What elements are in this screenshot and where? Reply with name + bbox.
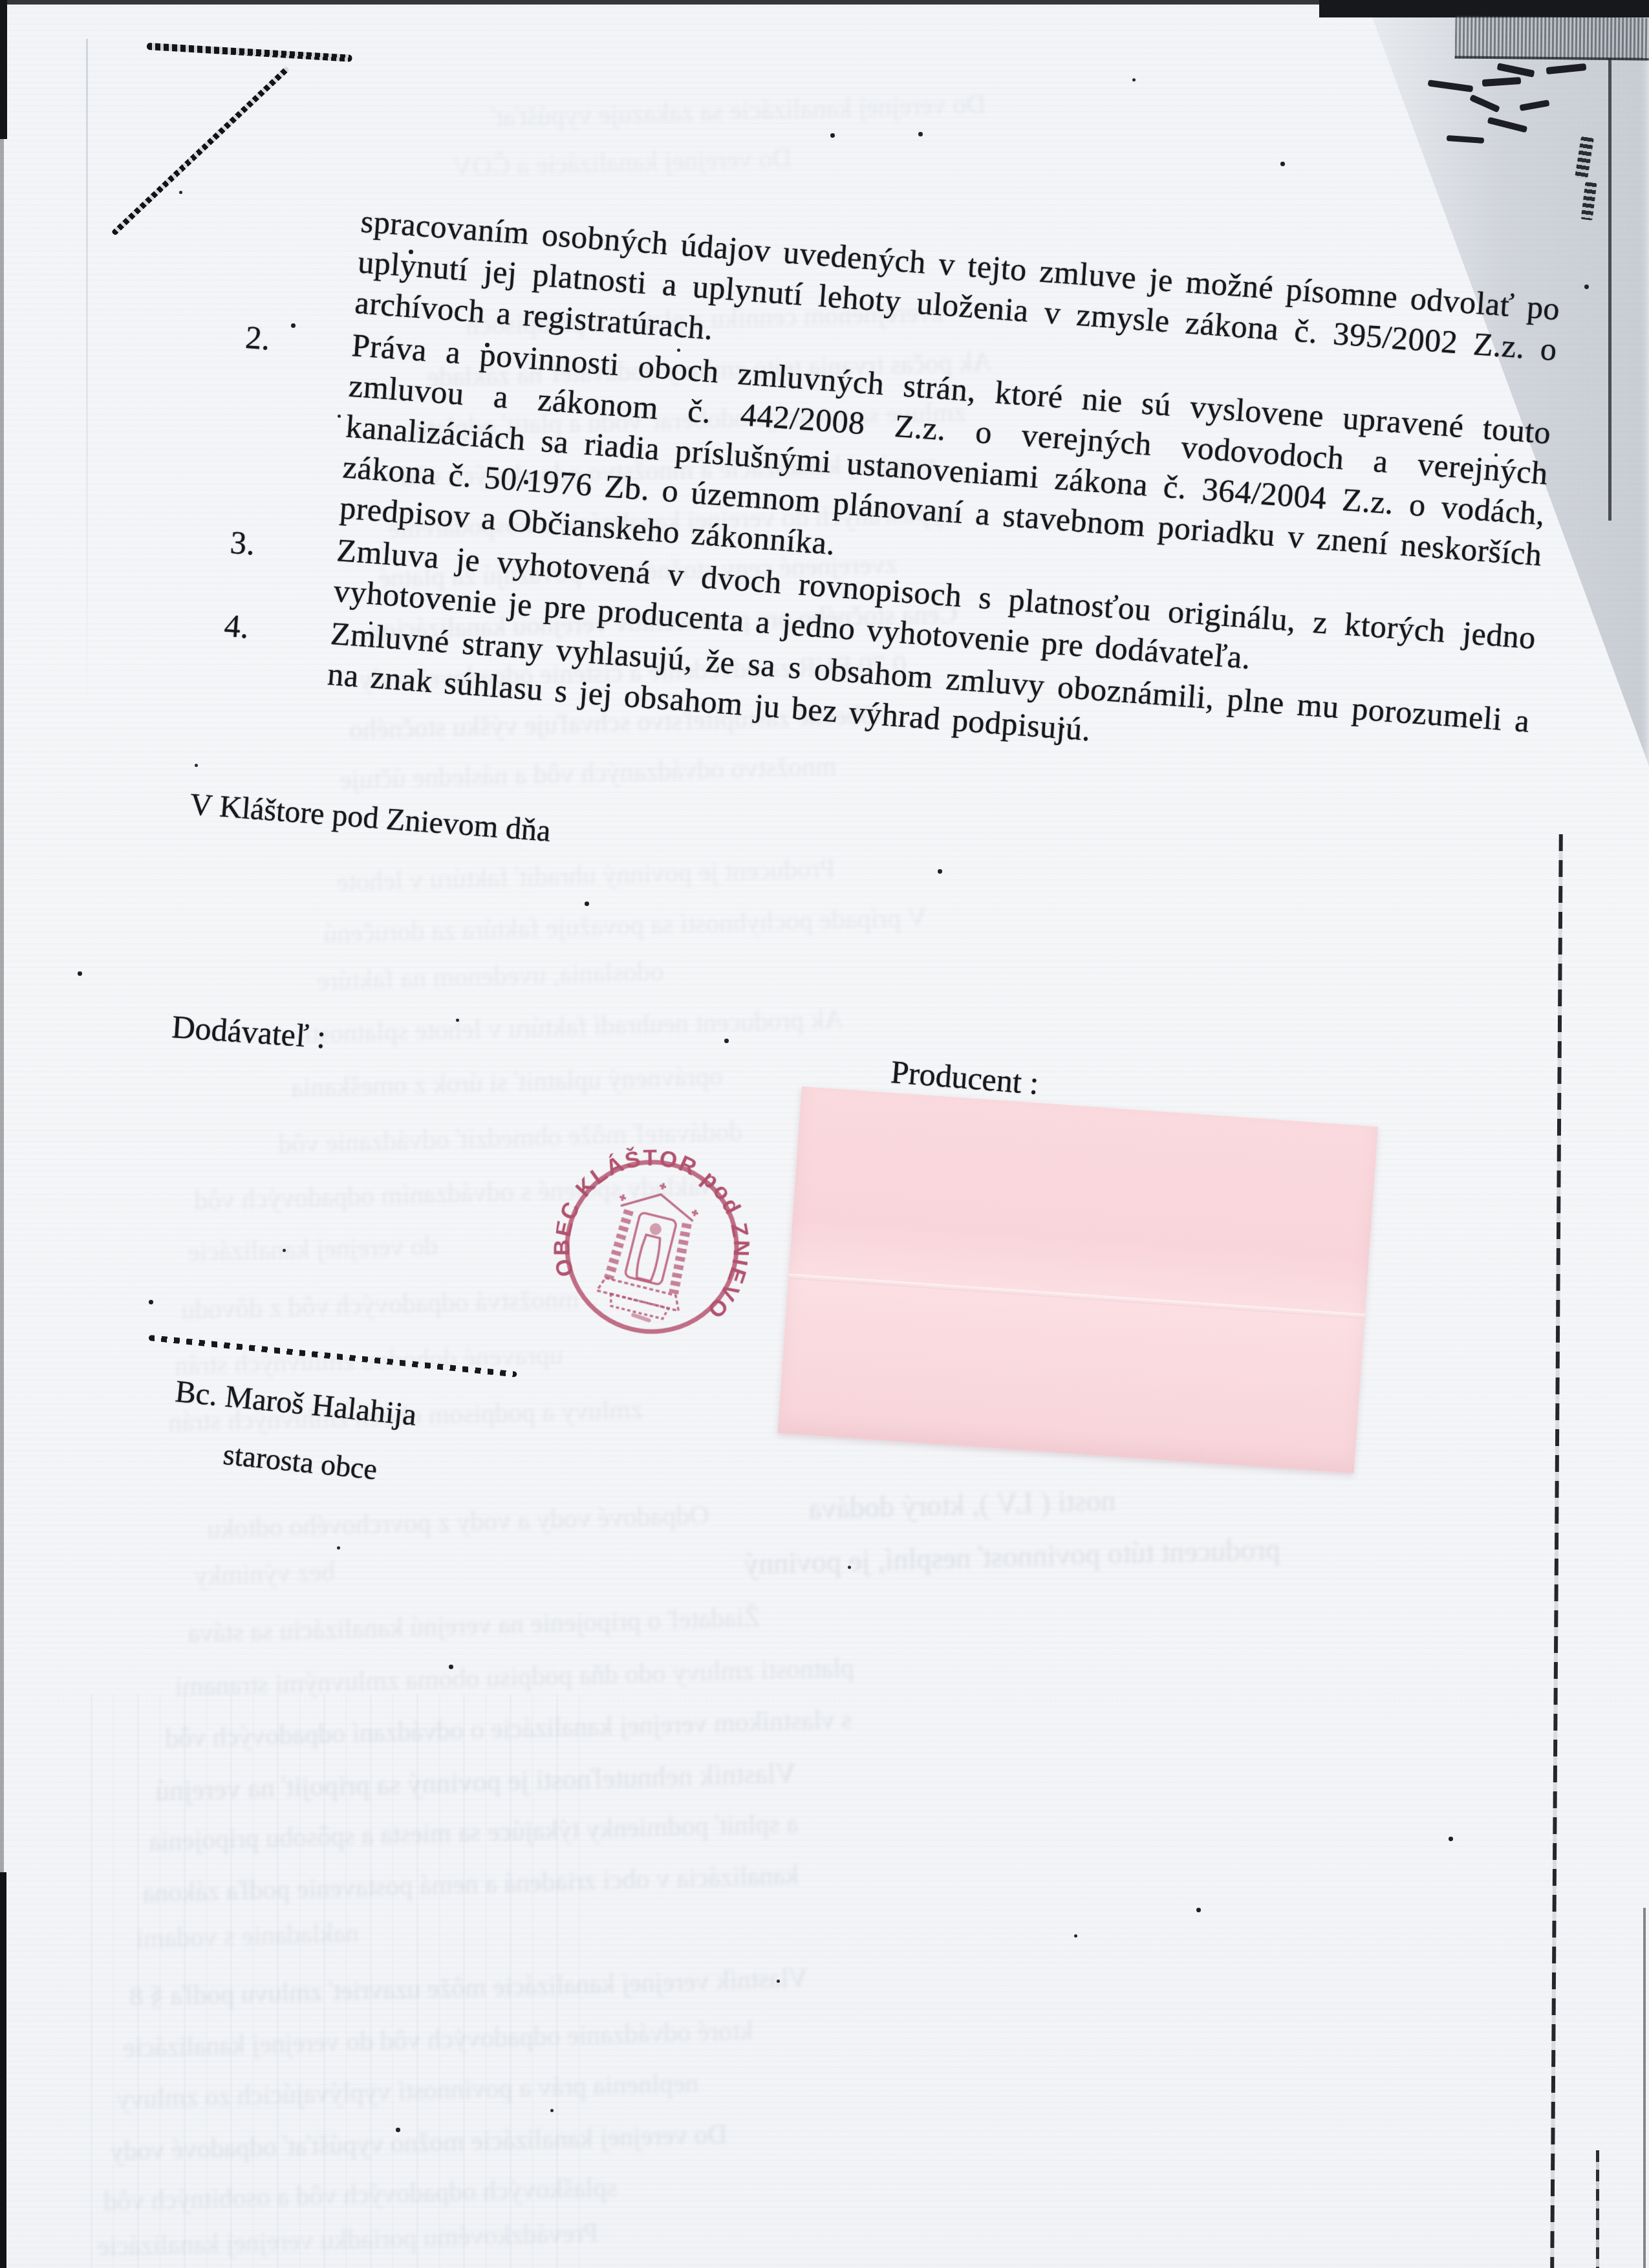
bleedthrough-line: množstvo odvádzaných vôd a následne účtu…: [339, 751, 837, 795]
bleedthrough-line: Do verejnej kanalizácie sa zakazuje vypú…: [491, 89, 986, 133]
bleedthrough-line: do verejnej kanalizácie: [187, 1231, 438, 1269]
bleedthrough-line: Ak producent neuhradí faktúru v lehote s…: [303, 1004, 844, 1050]
contract-paragraphs: spracovaním osobných údajov uvedených v …: [216, 193, 1562, 784]
halftone-band: [1455, 16, 1649, 60]
sticky-note: [778, 1086, 1378, 1473]
scan-edge-left-mid: [0, 139, 4, 1872]
scan-edge-top-right: [1319, 0, 1649, 17]
scanned-contract-page: Do verejnej kanalizácie sa zakazuje vypú…: [0, 0, 1649, 2268]
bleedthrough-line: Žiadateľ o pripojenie na verejnú kanaliz…: [188, 1603, 761, 1650]
paragraph-number: 2.: [228, 316, 354, 528]
bleedthrough-line: Odpadové vody a vody z povrchového odtok…: [206, 1500, 709, 1545]
paragraph-number: 4.: [216, 605, 332, 694]
scan-edge-left-bottom: [0, 1872, 6, 2268]
bleedthrough-line: producent túto povinnosť nesplní, je pov…: [743, 1531, 1280, 1581]
scratch-line-short: [1596, 2150, 1599, 2268]
bleedthrough-line: nosti ( LV ), ktorý dodáva: [808, 1483, 1116, 1526]
paragraph-number: 3.: [222, 522, 338, 611]
stamp-emblem: [594, 1174, 707, 1323]
bleedthrough-line: Producent je povinný uhradiť faktúru v l…: [336, 853, 835, 898]
paper-crease: [86, 39, 88, 724]
paragraph-number: [243, 193, 362, 323]
bleedthrough-line: Do verejnej kanalizácie a ČOV: [452, 143, 792, 184]
paper-streaks: [91, 1694, 595, 2268]
municipal-stamp: OBEC KLÁŠTOR pod ZNIEVOM: [543, 1138, 762, 1357]
scan-edge-right-top: [1608, 58, 1611, 521]
bleedthrough-line: množstvá odpadových vôd z dôvodu: [180, 1284, 579, 1326]
scan-edge-right-bottom: [1643, 1908, 1646, 2268]
bleedthrough-line: odoslania, uvedenom na faktúre: [316, 956, 664, 997]
bleedthrough-line: V prípade pochybností sa považuje faktúr…: [323, 902, 927, 950]
dust-specks: [0, 0, 2, 2]
bleedthrough-line: oprávnený uplatniť si úrok z omeškania: [290, 1061, 723, 1105]
scan-edge-left-top: [0, 0, 7, 139]
bleedthrough-line: bez výnimky: [193, 1557, 335, 1592]
